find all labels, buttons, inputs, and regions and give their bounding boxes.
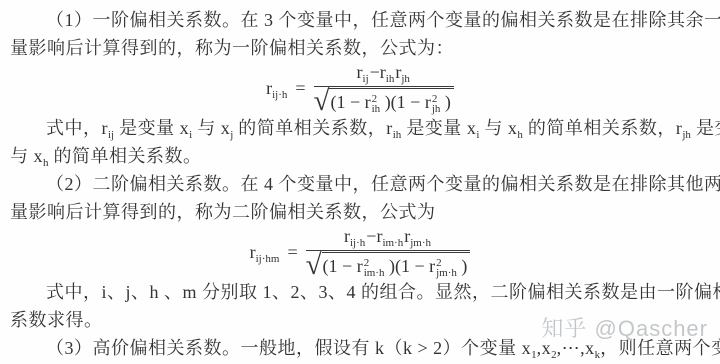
math-token: rjm·h	[404, 225, 431, 247]
math-token: rjh	[395, 61, 410, 83]
fraction-denominator: √ (1 − r2im·h )(1 − r2jm·h )	[306, 251, 471, 279]
paragraph-3-line-2: 量影响后计算得到的，称为二阶偏相关系数，公式为	[10, 198, 710, 226]
math-token: r2ih	[365, 92, 381, 112]
math-token: rjh	[676, 118, 691, 138]
math-token: r2jh	[425, 92, 441, 112]
stacked-sup-sub: 2jh	[432, 94, 441, 114]
math-token: rim·h	[376, 225, 403, 247]
math-token: rij·h	[344, 225, 365, 247]
math-token: xi	[467, 118, 480, 138]
math-token: rih	[380, 61, 395, 83]
math-token: xi	[180, 118, 193, 138]
fraction-denominator: √ (1 − r2ih )(1 − r2jh )	[314, 87, 454, 115]
paragraph-2-line-2: 与 xh 的简单相关系数。	[10, 142, 710, 170]
equals-sign: =	[287, 238, 297, 266]
paragraph-4-line-1: 式中，i、j、h 、m 分别取 1、2、3、4 的组合。显然，二阶偏相关系数是由…	[10, 278, 710, 306]
stacked-sup-sub: 2im·h	[364, 258, 385, 278]
fraction: rij − rihrjh √ (1 − r2ih )(1 − r2jh )	[314, 61, 454, 115]
paragraph-2-line-1: 式中，rij 是变量 xi 与 xj 的简单相关系数，rih 是变量 xi 与 …	[10, 114, 710, 142]
equals-sign: =	[295, 74, 305, 102]
fraction: rij·h − rim·hrjm·h √ (1 − r2im·h )(1 − r…	[306, 225, 471, 279]
formula-lhs: rij·hm	[250, 238, 280, 266]
stacked-sup-sub: 2jm·h	[436, 258, 457, 278]
radicand: (1 − r2im·h )(1 − r2jm·h )	[322, 252, 471, 278]
formula-first-order-partial-correlation: rij·h = rij − rihrjh √ (1 − r2ih )(1 − r…	[10, 62, 710, 114]
fraction-numerator: rij − rihrjh	[314, 61, 454, 87]
math-token: rij	[102, 118, 115, 138]
math-token: xj	[221, 118, 234, 138]
paragraph-5-line-1: （3）高价偏相关系数。一般地，假设有 k（k > 2）个变量 x1,x2,⋯,x…	[10, 334, 710, 362]
math-token: xh	[34, 146, 49, 166]
paragraph-3-line-1: （2）二阶偏相关系数。在 4 个变量中，任意两个变量的偏相关系数是在排除其他两个…	[10, 170, 710, 198]
radicand: (1 − r2ih )(1 − r2jh )	[329, 88, 453, 114]
document-page: （1）一阶偏相关系数。在 3 个变量中，任意两个变量的偏相关系数是在排除其余一个…	[0, 0, 720, 364]
paragraph-4-line-2: 系数求得。	[10, 306, 710, 334]
paragraph-1-line-2: 量影响后计算得到的，称为一阶偏相关系数，公式为：	[10, 34, 710, 62]
math-token: x1	[522, 338, 537, 358]
radical-sign: √	[314, 88, 330, 115]
math-token: rij	[357, 61, 369, 83]
math-token: xh	[508, 118, 523, 138]
stacked-sup-sub: 2ih	[372, 94, 381, 114]
paragraph-1-line-1: （1）一阶偏相关系数。在 3 个变量中，任意两个变量的偏相关系数是在排除其余一个…	[10, 6, 710, 34]
fraction-numerator: rij·h − rim·hrjm·h	[306, 225, 471, 251]
math-token: rih	[386, 118, 401, 138]
math-token: r2im·h	[357, 256, 385, 276]
radical-sign: √	[306, 252, 322, 279]
math-token: rij·h	[266, 78, 287, 98]
math-token: xk	[585, 338, 600, 358]
math-token: rij·hm	[250, 242, 280, 262]
math-token: r2jm·h	[429, 256, 457, 276]
formula-lhs: rij·h	[266, 74, 287, 102]
math-token: x2	[542, 338, 557, 358]
formula-second-order-partial-correlation: rij·hm = rij·h − rim·hrjm·h √ (1 − r2im·…	[10, 226, 710, 278]
